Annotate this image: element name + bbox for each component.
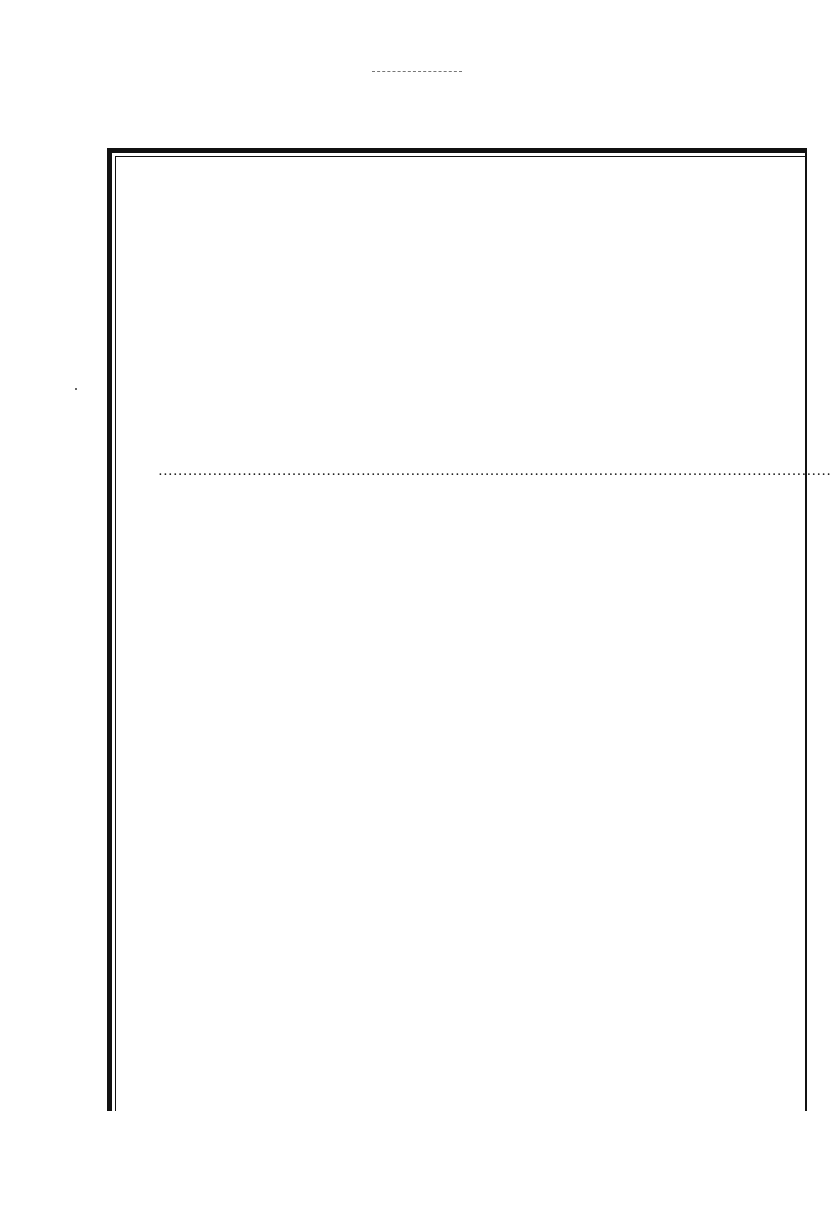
item-text [159, 426, 799, 441]
list-item-17 [135, 465, 799, 480]
table-frame [107, 148, 807, 1111]
list-item-9 [135, 426, 799, 441]
table-content [135, 364, 799, 505]
scan-speck [75, 388, 77, 390]
page-number-rule [372, 71, 462, 72]
